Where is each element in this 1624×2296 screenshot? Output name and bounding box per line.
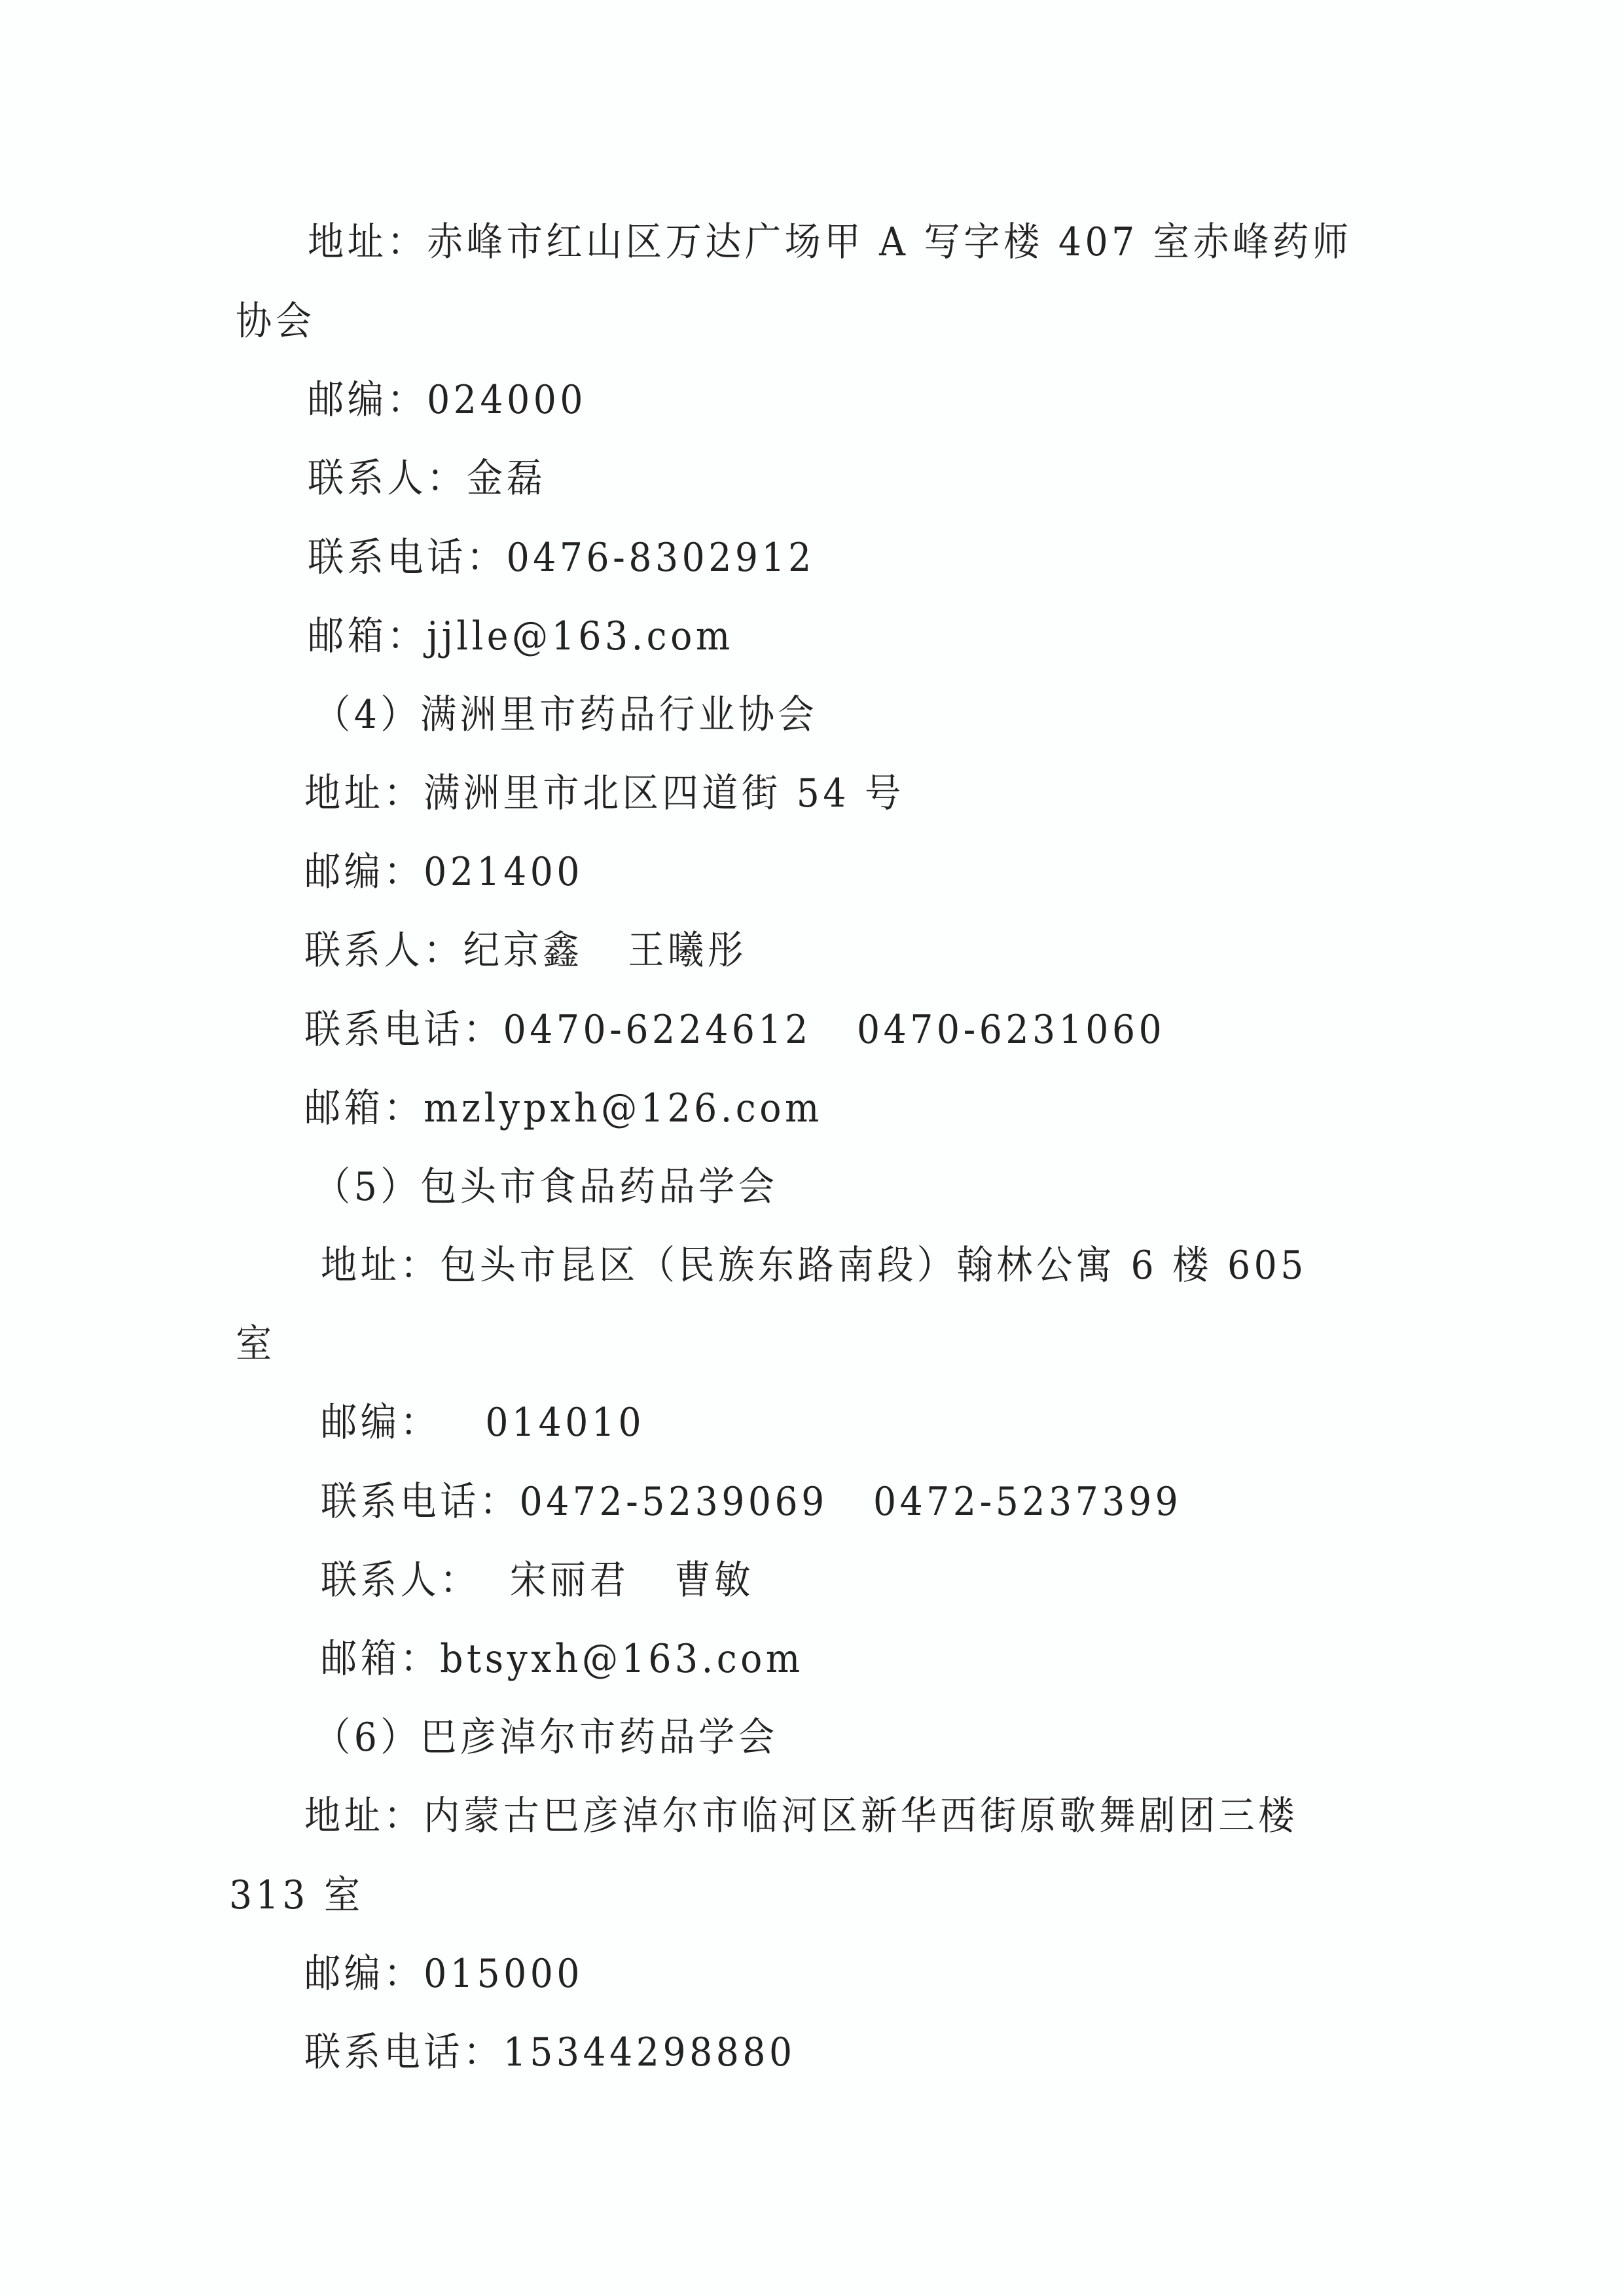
contact-person-line: 联系人：纪京鑫 王曦彤	[304, 924, 747, 977]
postcode-line: 邮编：024000	[308, 374, 586, 426]
contact-person-line: 联系人： 宋丽君 曹敏	[321, 1554, 754, 1607]
address-line: 地址：内蒙古巴彦淖尔市临河区新华西街原歌舞剧团三楼	[304, 1790, 1298, 1842]
email-line: 邮箱：jjlle@163.com	[308, 610, 734, 663]
phone-line: 联系电话：15344298880	[304, 2026, 796, 2079]
address-line-continued: 室	[236, 1318, 276, 1370]
email-line: 邮箱：btsyxh@163.com	[321, 1633, 804, 1685]
address-line-continued: 协会	[236, 295, 315, 348]
section-heading: （4）满洲里市药品行业协会	[314, 689, 818, 741]
section-heading: （5）包头市食品药品学会	[314, 1161, 778, 1213]
address-line-continued: 313 室	[229, 1869, 364, 1922]
email-line: 邮箱：mzlypxh@126.com	[304, 1082, 823, 1135]
contact-person-line: 联系人：金磊	[308, 452, 546, 505]
document-page: 地址：赤峰市红山区万达广场甲 A 写字楼 407 室赤峰药师 协会 邮编：024…	[0, 0, 1624, 2296]
address-line: 地址：赤峰市红山区万达广场甲 A 写字楼 407 室赤峰药师	[308, 216, 1352, 268]
address-line: 地址：包头市昆区（民族东路南段）翰林公寓 6 楼 605	[321, 1239, 1307, 1292]
section-heading: （6）巴彦淖尔市药品学会	[314, 1711, 778, 1764]
phone-line: 联系电话：0476-8302912	[308, 532, 815, 584]
phone-line: 联系电话：0470-6224612 0470-6231060	[304, 1004, 1165, 1056]
address-line: 地址：满洲里市北区四道街 54 号	[304, 767, 905, 820]
postcode-line: 邮编：021400	[304, 846, 583, 898]
postcode-line: 邮编：015000	[304, 1948, 583, 2000]
phone-line: 联系电话：0472-5239069 0472-5237399	[321, 1476, 1182, 1528]
postcode-line: 邮编： 014010	[321, 1396, 645, 1449]
